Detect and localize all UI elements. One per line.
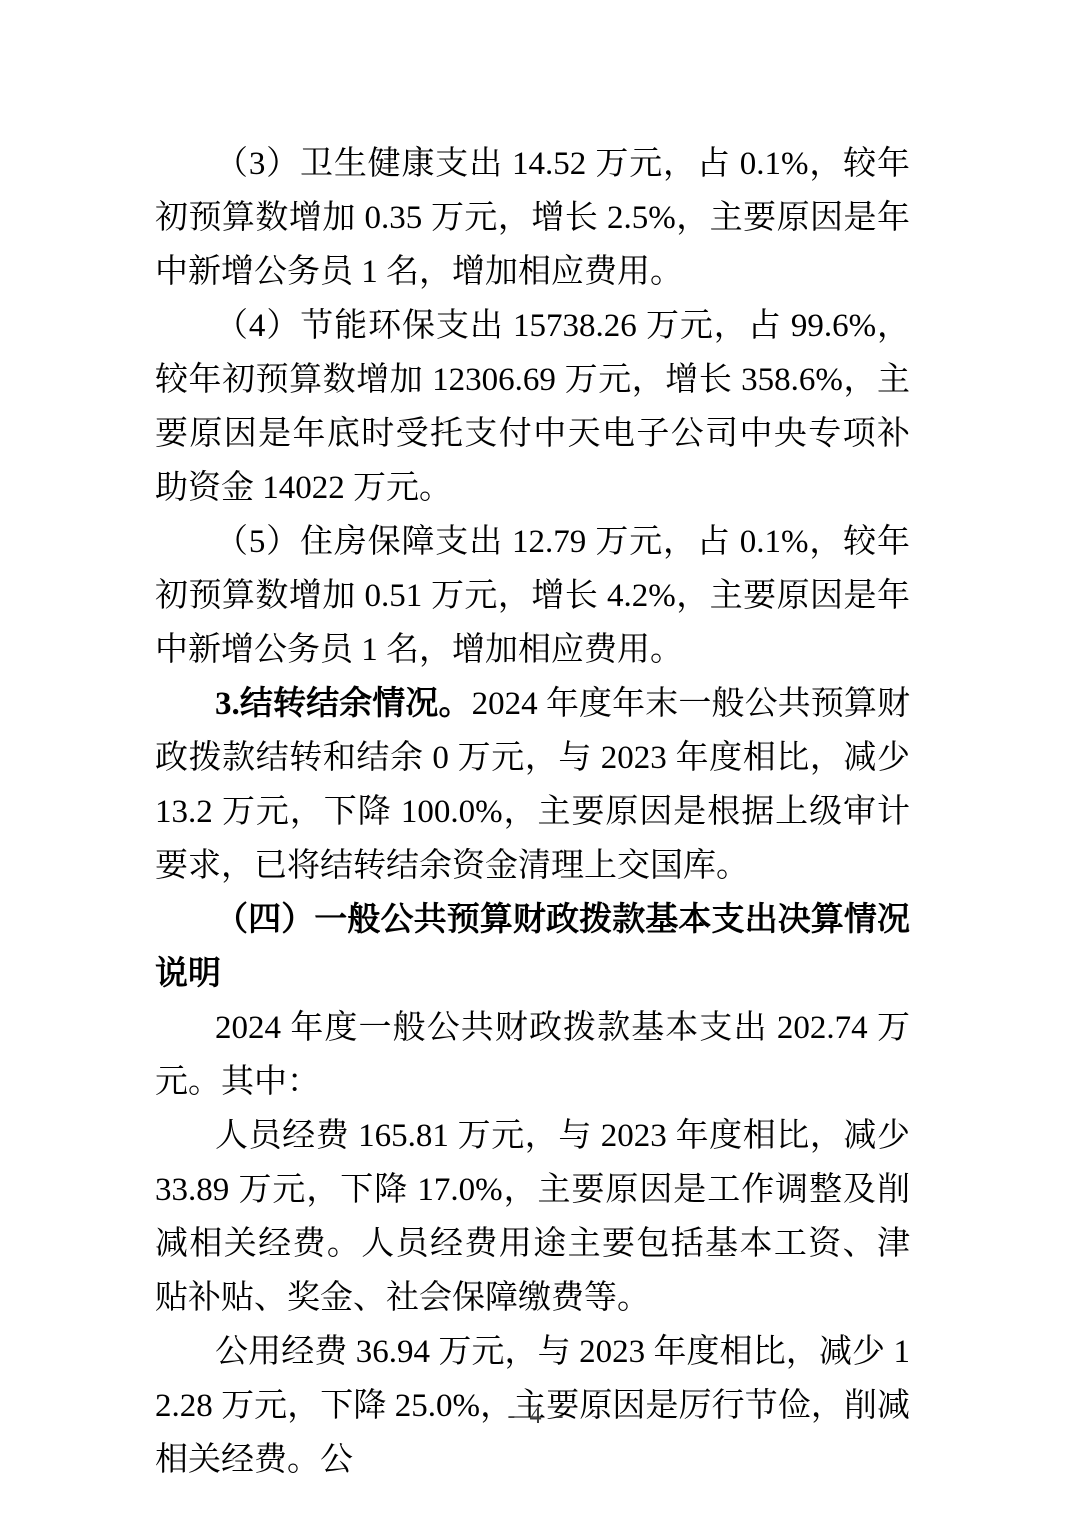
paragraph-energy-environment-expenditure: （4）节能环保支出 15738.26 万元，占 99.6%，较年初预算数增加 1… (155, 299, 910, 515)
paragraph-health-expenditure: （3）卫生健康支出 14.52 万元，占 0.1%，较年初预算数增加 0.35 … (155, 137, 910, 299)
paragraph-carryover-balance: 3.结转结余情况。2024 年度年末一般公共预算财政拨款结转和结余 0 万元，与… (155, 677, 910, 893)
paragraph-housing-expenditure: （5）住房保障支出 12.79 万元，占 0.1%，较年初预算数增加 0.51 … (155, 515, 910, 677)
page-number: - 4 - (0, 1400, 1075, 1432)
document-page: { "document": { "paragraphs": [ { "text"… (0, 0, 1075, 1520)
page-background: （3）卫生健康支出 14.52 万元，占 0.1%，较年初预算数增加 0.35 … (0, 0, 1075, 1520)
paragraph-personnel-funds: 人员经费 165.81 万元，与 2023 年度相比，减少 33.89 万元，下… (155, 1109, 910, 1325)
paragraph-basic-expenditure-total: 2024 年度一般公共财政拨款基本支出 202.74 万元。其中： (155, 1001, 910, 1109)
document-body: （3）卫生健康支出 14.52 万元，占 0.1%，较年初预算数增加 0.35 … (155, 137, 910, 1487)
paragraph-bold-lead: 3.结转结余情况。 (215, 686, 472, 722)
section-heading-basic-expenditure: （四）一般公共预算财政拨款基本支出决算情况说明 (155, 893, 910, 1001)
